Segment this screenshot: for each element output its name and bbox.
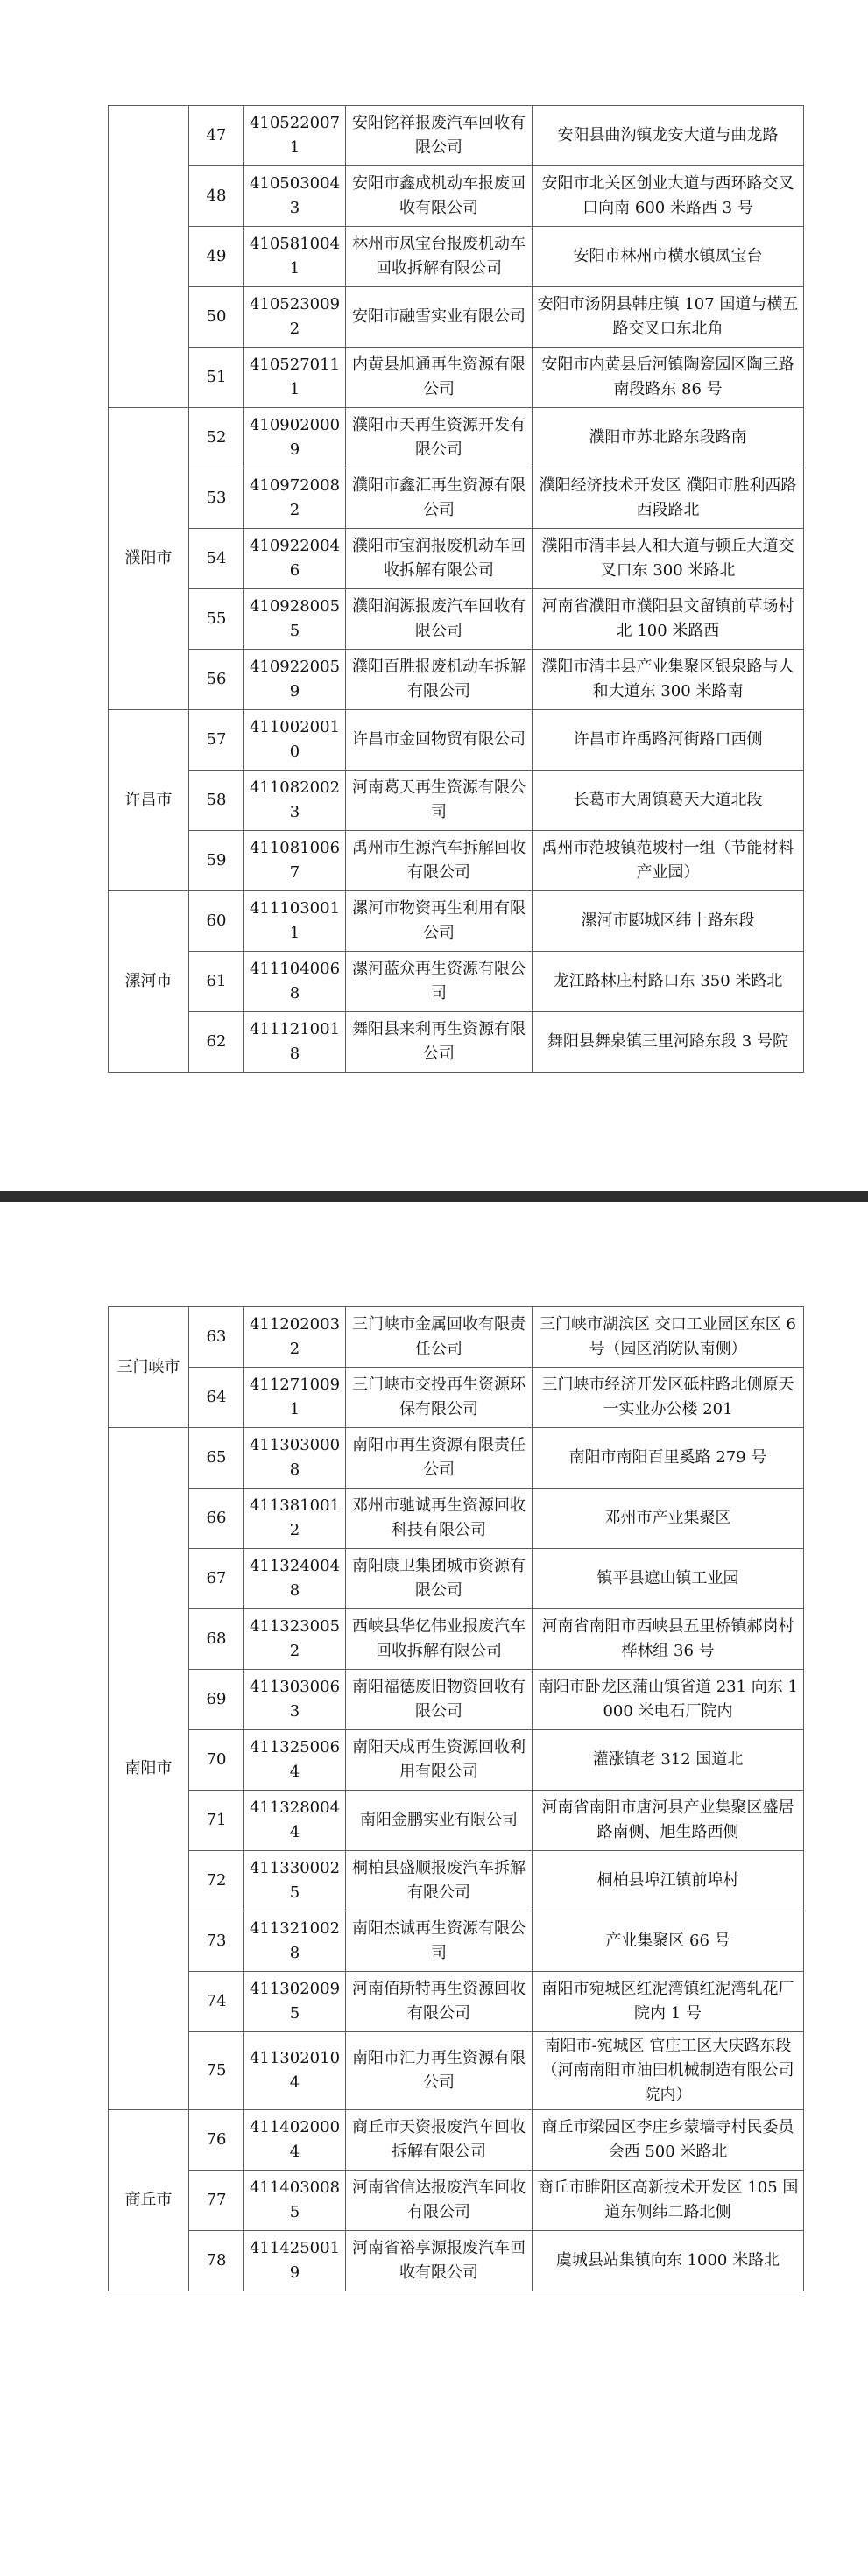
table-row: 濮阳市524109020009濮阳市天再生资源开发有限公司濮阳市苏北路东段路南	[109, 408, 804, 468]
page-divider	[0, 1191, 868, 1202]
address-cell: 濮阳市清丰县人和大道与顿丘大道交叉口东 300 米路北	[533, 529, 804, 589]
code-cell: 4114020004	[244, 2110, 346, 2171]
address-cell: 南阳市-宛城区 官庄工区大庆路东段（河南南阳市油田机械制造有限公司院内）	[533, 2032, 804, 2110]
company-name-cell: 河南佰斯特再生资源回收有限公司	[346, 1972, 533, 2032]
company-name-cell: 濮阳市宝润报废机动车回收拆解有限公司	[346, 529, 533, 589]
row-number-cell: 67	[189, 1549, 244, 1609]
table-row: 774114030085河南省信达报废汽车回收有限公司商丘市睢阳区高新技术开发区…	[109, 2171, 804, 2231]
row-number-cell: 78	[189, 2231, 244, 2291]
address-cell: 商丘市梁园区李庄乡蒙墙寺村民委员会西 500 米路北	[533, 2110, 804, 2171]
row-number-cell: 50	[189, 287, 244, 348]
code-cell: 4113230052	[244, 1609, 346, 1670]
table-row: 514105270111内黄县旭通再生资源有限公司安阳市内黄县后河镇陶瓷园区陶三…	[109, 348, 804, 408]
table-row: 南阳市654113030008南阳市再生资源有限责任公司南阳市南阳百里奚路 27…	[109, 1428, 804, 1489]
company-name-cell: 濮阳润源报废汽车回收有限公司	[346, 589, 533, 650]
address-cell: 安阳市汤阴县韩庄镇 107 国道与横五路交叉口东北角	[533, 287, 804, 348]
address-cell: 镇平县遮山镇工业园	[533, 1549, 804, 1609]
row-number-cell: 56	[189, 650, 244, 710]
table-row: 许昌市574110020010许昌市金回物贸有限公司许昌市许禹路河街路口西侧	[109, 710, 804, 771]
row-number-cell: 51	[189, 348, 244, 408]
table-row: 724113300025桐柏县盛顺报废汽车拆解有限公司桐柏县埠江镇前埠村	[109, 1851, 804, 1911]
company-name-cell: 安阳市鑫成机动车报废回收有限公司	[346, 166, 533, 227]
city-cell: 南阳市	[109, 1428, 189, 2110]
table-row: 494105810041林州市凤宝台报废机动车回收拆解有限公司安阳市林州市横水镇…	[109, 227, 804, 287]
address-cell: 虞城县站集镇向东 1000 米路北	[533, 2231, 804, 2291]
code-cell: 4113210028	[244, 1911, 346, 1972]
address-cell: 南阳市宛城区红泥湾镇红泥湾轧花厂院内 1 号	[533, 1972, 804, 2032]
table-row: 674113240048南阳康卫集团城市资源有限公司镇平县遮山镇工业园	[109, 1549, 804, 1609]
row-number-cell: 60	[189, 891, 244, 952]
code-cell: 4105230092	[244, 287, 346, 348]
code-cell: 4112710091	[244, 1368, 346, 1428]
code-cell: 4110020010	[244, 710, 346, 771]
row-number-cell: 57	[189, 710, 244, 771]
table-row: 644112710091三门峡市交投再生资源环保有限公司三门峡市经济开发区砥柱路…	[109, 1368, 804, 1428]
company-name-cell: 林州市凤宝台报废机动车回收拆解有限公司	[346, 227, 533, 287]
company-name-cell: 濮阳市天再生资源开发有限公司	[346, 408, 533, 468]
table-row: 734113210028南阳杰诚再生资源有限公司产业集聚区 66 号	[109, 1911, 804, 1972]
company-name-cell: 河南省裕享源报废汽车回收有限公司	[346, 2231, 533, 2291]
city-cell: 三门峡市	[109, 1307, 189, 1428]
city-cell: 许昌市	[109, 710, 189, 891]
table-2-body: 三门峡市634112020032三门峡市金属回收有限责任公司三门峡市湖滨区 交口…	[109, 1307, 804, 2291]
table-row: 534109720082濮阳市鑫汇再生资源有限公司濮阳经济技术开发区 濮阳市胜利…	[109, 468, 804, 529]
code-cell: 4109220046	[244, 529, 346, 589]
company-name-cell: 邓州市驰诚再生资源回收科技有限公司	[346, 1489, 533, 1549]
code-cell: 4113810012	[244, 1489, 346, 1549]
row-number-cell: 73	[189, 1911, 244, 1972]
code-cell: 4109020009	[244, 408, 346, 468]
code-cell: 4113020104	[244, 2032, 346, 2110]
company-table-page-2: 三门峡市634112020032三门峡市金属回收有限责任公司三门峡市湖滨区 交口…	[108, 1306, 804, 2291]
code-cell: 4114250019	[244, 2231, 346, 2291]
row-number-cell: 65	[189, 1428, 244, 1489]
code-cell: 4109280055	[244, 589, 346, 650]
code-cell: 4113280044	[244, 1791, 346, 1851]
row-number-cell: 71	[189, 1791, 244, 1851]
company-name-cell: 舞阳县来利再生资源有限公司	[346, 1012, 533, 1073]
table-row: 544109220046濮阳市宝润报废机动车回收拆解有限公司濮阳市清丰县人和大道…	[109, 529, 804, 589]
table-row: 614111040068漯河蓝众再生资源有限公司龙江路林庄村路口东 350 米路…	[109, 952, 804, 1012]
row-number-cell: 66	[189, 1489, 244, 1549]
city-cell	[109, 106, 189, 408]
address-cell: 濮阳市苏北路东段路南	[533, 408, 804, 468]
city-cell: 濮阳市	[109, 408, 189, 710]
address-cell: 安阳市内黄县后河镇陶瓷园区陶三路南段路东 86 号	[533, 348, 804, 408]
address-cell: 灌涨镇老 312 国道北	[533, 1730, 804, 1791]
table-row: 商丘市764114020004商丘市天资报废汽车回收拆解有限公司商丘市梁园区李庄…	[109, 2110, 804, 2171]
code-cell: 4110810067	[244, 831, 346, 891]
company-name-cell: 南阳金鹏实业有限公司	[346, 1791, 533, 1851]
table-row: 漯河市604111030011漯河市物资再生利用有限公司漯河市郾城区纬十路东段	[109, 891, 804, 952]
company-name-cell: 南阳天成再生资源回收利用有限公司	[346, 1730, 533, 1791]
table-row: 744113020095河南佰斯特再生资源回收有限公司南阳市宛城区红泥湾镇红泥湾…	[109, 1972, 804, 2032]
row-number-cell: 62	[189, 1012, 244, 1073]
address-cell: 产业集聚区 66 号	[533, 1911, 804, 1972]
code-cell: 4105030043	[244, 166, 346, 227]
row-number-cell: 64	[189, 1368, 244, 1428]
table-row: 694113030063南阳福德废旧物资回收有限公司南阳市卧龙区蒲山镇省道 23…	[109, 1670, 804, 1730]
row-number-cell: 74	[189, 1972, 244, 2032]
code-cell: 4112020032	[244, 1307, 346, 1368]
company-name-cell: 安阳铭祥报废汽车回收有限公司	[346, 106, 533, 166]
address-cell: 邓州市产业集聚区	[533, 1489, 804, 1549]
city-cell: 漯河市	[109, 891, 189, 1073]
company-name-cell: 许昌市金回物贸有限公司	[346, 710, 533, 771]
address-cell: 河南省南阳市唐河县产业集聚区盛居路南侧、旭生路西侧	[533, 1791, 804, 1851]
table-row: 754113020104南阳市汇力再生资源有限公司南阳市-宛城区 官庄工区大庆路…	[109, 2032, 804, 2110]
code-cell: 4109220059	[244, 650, 346, 710]
row-number-cell: 49	[189, 227, 244, 287]
code-cell: 4111210018	[244, 1012, 346, 1073]
table-row: 474105220071安阳铭祥报废汽车回收有限公司安阳县曲沟镇龙安大道与曲龙路	[109, 106, 804, 166]
address-cell: 安阳市林州市横水镇凤宝台	[533, 227, 804, 287]
company-name-cell: 南阳福德废旧物资回收有限公司	[346, 1670, 533, 1730]
address-cell: 漯河市郾城区纬十路东段	[533, 891, 804, 952]
row-number-cell: 48	[189, 166, 244, 227]
company-name-cell: 南阳市汇力再生资源有限公司	[346, 2032, 533, 2110]
row-number-cell: 53	[189, 468, 244, 529]
row-number-cell: 63	[189, 1307, 244, 1368]
table-row: 704113250064南阳天成再生资源回收利用有限公司灌涨镇老 312 国道北	[109, 1730, 804, 1791]
address-cell: 河南省濮阳市濮阳县文留镇前草场村北 100 米路西	[533, 589, 804, 650]
company-name-cell: 河南省信达报废汽车回收有限公司	[346, 2171, 533, 2231]
table-row: 664113810012邓州市驰诚再生资源回收科技有限公司邓州市产业集聚区	[109, 1489, 804, 1549]
address-cell: 南阳市南阳百里奚路 279 号	[533, 1428, 804, 1489]
row-number-cell: 58	[189, 771, 244, 831]
code-cell: 4113020095	[244, 1972, 346, 2032]
company-name-cell: 禹州市生源汽车拆解回收有限公司	[346, 831, 533, 891]
code-cell: 4109720082	[244, 468, 346, 529]
address-cell: 桐柏县埠江镇前埠村	[533, 1851, 804, 1911]
table-row: 584110820023河南葛天再生资源有限公司长葛市大周镇葛天大道北段	[109, 771, 804, 831]
code-cell: 4113250064	[244, 1730, 346, 1791]
address-cell: 濮阳经济技术开发区 濮阳市胜利西路西段路北	[533, 468, 804, 529]
address-cell: 禹州市范坡镇范坡村一组（节能材料产业园）	[533, 831, 804, 891]
company-name-cell: 三门峡市交投再生资源环保有限公司	[346, 1368, 533, 1428]
table-row: 624111210018舞阳县来利再生资源有限公司舞阳县舞泉镇三里河路东段 3 …	[109, 1012, 804, 1073]
code-cell: 4111040068	[244, 952, 346, 1012]
row-number-cell: 69	[189, 1670, 244, 1730]
code-cell: 4110820023	[244, 771, 346, 831]
company-name-cell: 漯河蓝众再生资源有限公司	[346, 952, 533, 1012]
row-number-cell: 52	[189, 408, 244, 468]
company-name-cell: 三门峡市金属回收有限责任公司	[346, 1307, 533, 1368]
row-number-cell: 59	[189, 831, 244, 891]
code-cell: 4111030011	[244, 891, 346, 952]
company-table-page-1: 474105220071安阳铭祥报废汽车回收有限公司安阳县曲沟镇龙安大道与曲龙路…	[108, 105, 804, 1073]
row-number-cell: 54	[189, 529, 244, 589]
company-name-cell: 安阳市融雪实业有限公司	[346, 287, 533, 348]
company-name-cell: 南阳康卫集团城市资源有限公司	[346, 1549, 533, 1609]
table-row: 三门峡市634112020032三门峡市金属回收有限责任公司三门峡市湖滨区 交口…	[109, 1307, 804, 1368]
row-number-cell: 76	[189, 2110, 244, 2171]
address-cell: 长葛市大周镇葛天大道北段	[533, 771, 804, 831]
company-name-cell: 南阳市再生资源有限责任公司	[346, 1428, 533, 1489]
address-cell: 许昌市许禹路河街路口西侧	[533, 710, 804, 771]
address-cell: 龙江路林庄村路口东 350 米路北	[533, 952, 804, 1012]
company-name-cell: 西峡县华亿伟业报废汽车回收拆解有限公司	[346, 1609, 533, 1670]
company-name-cell: 漯河市物资再生利用有限公司	[346, 891, 533, 952]
table-row: 504105230092安阳市融雪实业有限公司安阳市汤阴县韩庄镇 107 国道与…	[109, 287, 804, 348]
row-number-cell: 61	[189, 952, 244, 1012]
code-cell: 4113030008	[244, 1428, 346, 1489]
row-number-cell: 70	[189, 1730, 244, 1791]
code-cell: 4113300025	[244, 1851, 346, 1911]
table-1-body: 474105220071安阳铭祥报废汽车回收有限公司安阳县曲沟镇龙安大道与曲龙路…	[109, 106, 804, 1073]
city-cell: 商丘市	[109, 2110, 189, 2291]
code-cell: 4105220071	[244, 106, 346, 166]
code-cell: 4113030063	[244, 1670, 346, 1730]
code-cell: 4113240048	[244, 1549, 346, 1609]
address-cell: 濮阳市清丰县产业集聚区银泉路与人和大道东 300 米路南	[533, 650, 804, 710]
address-cell: 南阳市卧龙区蒲山镇省道 231 向东 1000 米电石厂院内	[533, 1670, 804, 1730]
table-row: 594110810067禹州市生源汽车拆解回收有限公司禹州市范坡镇范坡村一组（节…	[109, 831, 804, 891]
table-row: 784114250019河南省裕享源报废汽车回收有限公司虞城县站集镇向东 100…	[109, 2231, 804, 2291]
table-row: 684113230052西峡县华亿伟业报废汽车回收拆解有限公司河南省南阳市西峡县…	[109, 1609, 804, 1670]
address-cell: 商丘市睢阳区高新技术开发区 105 国道东侧纬二路北侧	[533, 2171, 804, 2231]
company-name-cell: 濮阳市鑫汇再生资源有限公司	[346, 468, 533, 529]
row-number-cell: 47	[189, 106, 244, 166]
company-name-cell: 桐柏县盛顺报废汽车拆解有限公司	[346, 1851, 533, 1911]
address-cell: 三门峡市经济开发区砥柱路北侧原天一实业办公楼 201	[533, 1368, 804, 1428]
table-row: 554109280055濮阳润源报废汽车回收有限公司河南省濮阳市濮阳县文留镇前草…	[109, 589, 804, 650]
table-row: 714113280044南阳金鹏实业有限公司河南省南阳市唐河县产业集聚区盛居路南…	[109, 1791, 804, 1851]
address-cell: 安阳县曲沟镇龙安大道与曲龙路	[533, 106, 804, 166]
row-number-cell: 55	[189, 589, 244, 650]
row-number-cell: 75	[189, 2032, 244, 2110]
code-cell: 4105810041	[244, 227, 346, 287]
table-row: 564109220059濮阳百胜报废机动车拆解有限公司濮阳市清丰县产业集聚区银泉…	[109, 650, 804, 710]
row-number-cell: 68	[189, 1609, 244, 1670]
company-name-cell: 河南葛天再生资源有限公司	[346, 771, 533, 831]
address-cell: 河南省南阳市西峡县五里桥镇郝岗村桦林组 36 号	[533, 1609, 804, 1670]
row-number-cell: 77	[189, 2171, 244, 2231]
company-name-cell: 南阳杰诚再生资源有限公司	[346, 1911, 533, 1972]
address-cell: 三门峡市湖滨区 交口工业园区东区 6 号（园区消防队南侧）	[533, 1307, 804, 1368]
table-row: 484105030043安阳市鑫成机动车报废回收有限公司安阳市北关区创业大道与西…	[109, 166, 804, 227]
code-cell: 4114030085	[244, 2171, 346, 2231]
company-name-cell: 濮阳百胜报废机动车拆解有限公司	[346, 650, 533, 710]
code-cell: 4105270111	[244, 348, 346, 408]
company-name-cell: 内黄县旭通再生资源有限公司	[346, 348, 533, 408]
address-cell: 安阳市北关区创业大道与西环路交叉口向南 600 米路西 3 号	[533, 166, 804, 227]
address-cell: 舞阳县舞泉镇三里河路东段 3 号院	[533, 1012, 804, 1073]
row-number-cell: 72	[189, 1851, 244, 1911]
company-name-cell: 商丘市天资报废汽车回收拆解有限公司	[346, 2110, 533, 2171]
